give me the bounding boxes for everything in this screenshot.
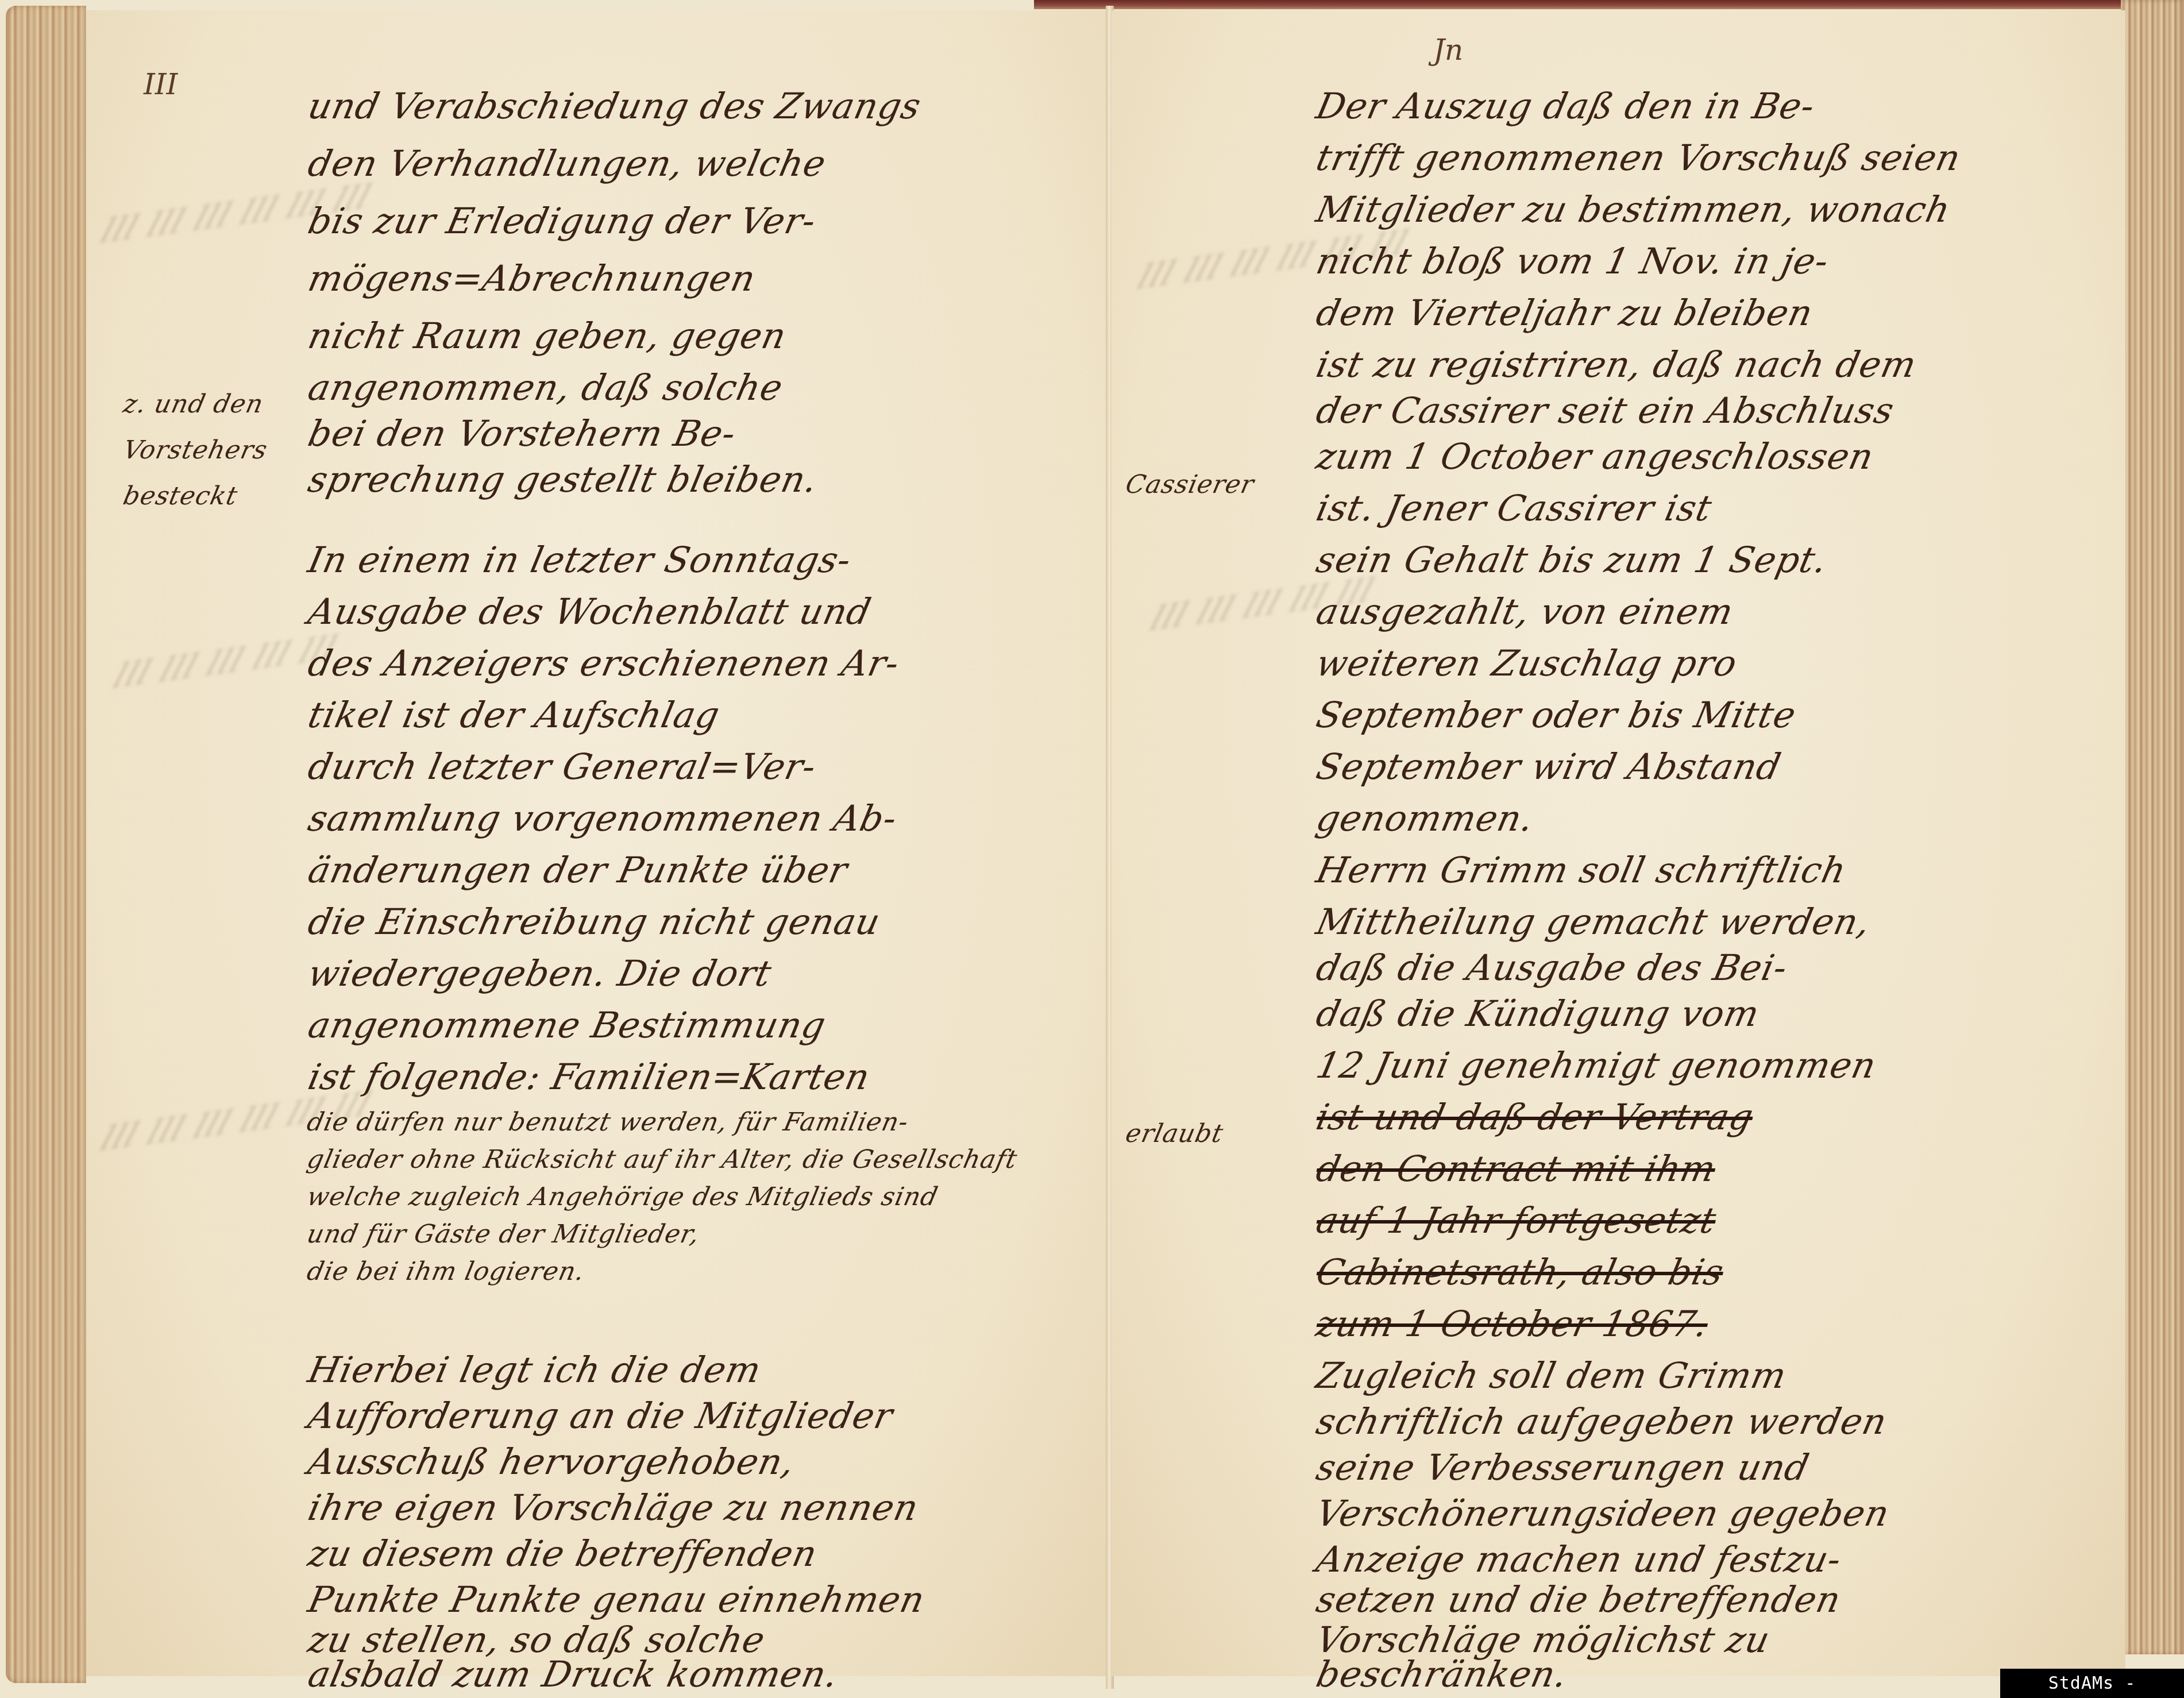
folio-mark: III [144,68,178,101]
text-line: daß die Ausgabe des Bei- [1313,947,1791,989]
margin-note-erlaubt: erlaubt [1123,1119,1226,1148]
text-line: Zugleich soll dem Grimm [1313,1354,1791,1396]
struck-text-line: Cabinetsrath, also bis [1313,1251,1728,1293]
text-line: und Verabschiedung des Zwangs [304,85,925,127]
struck-text-line: ist und daß der Vertrag [1313,1096,1757,1138]
text-line: September oder bis Mitte [1313,694,1800,736]
text-line: zum 1 October angeschlossen [1313,435,1877,477]
text-line: zu diesem die betreffenden [304,1533,821,1574]
text-line: Mittheilung gemacht werden, [1313,901,1874,943]
text-line: bei den Vorstehern Be- [304,412,740,454]
text-line: In einem in letzter Sonntags- [304,539,855,581]
text-line: die bei ihm logieren. [304,1257,588,1286]
text-line: Anzeige machen und festzu- [1313,1538,1845,1580]
text-line: angenommene Bestimmung [304,1004,830,1046]
struck-text-line: den Contract mit ihm [1313,1148,1720,1190]
text-line: daß die Kündigung vom [1313,993,1764,1035]
margin-note-line: besteckt [121,481,240,511]
struck-text-line: zum 1 October 1867. [1313,1303,1712,1345]
text-line: bis zur Erledigung der Ver- [304,200,820,242]
text-line: Hierbei legt ich die dem [304,1349,765,1391]
text-line: Aufforderung an die Mitglieder [304,1395,897,1437]
text-line: ausgezahlt, von einem [1313,591,1737,632]
text-line: ist folgende: Familien=Karten [304,1056,874,1098]
text-line: sammlung vorgenommenen Ab- [304,797,901,839]
text-line: seine Verbesserungen und [1313,1446,1813,1488]
text-line: dem Vierteljahr zu bleiben [1313,292,1817,334]
margin-note-cassierer: Cassierer [1123,470,1257,499]
archive-label: StdAMs - MV_002a_070 [2000,1669,2184,1698]
text-line: schriftlich aufgegeben werden [1313,1400,1891,1442]
text-line: sprechung gestellt bleiben. [304,458,821,500]
text-line: die dürfen nur benutzt werden, für Famil… [304,1107,911,1137]
text-line: Verschönerungsideen gegeben [1313,1492,1893,1534]
text-line: ist zu registriren, daß nach dem [1313,344,1920,385]
text-line: Ausgabe des Wochenblatt und [304,591,875,632]
text-line: alsbald zum Druck kommen. [304,1653,842,1695]
text-line: trifft genommenen Vorschuß seien [1313,137,1965,179]
text-line: wiedergegeben. Die dort [304,952,775,994]
text-line: beschränken. [1313,1653,1572,1695]
text-line: ihre eigen Vorschläge zu nennen [304,1487,923,1529]
text-line: den Verhandlungen, welche [304,142,830,184]
text-line: Punkte Punkte genau einnehmen [304,1579,929,1620]
margin-note-line: Vorstehers [121,435,270,465]
text-line: Herrn Grimm soll schriftlich [1313,849,1850,891]
text-line: tikel ist der Aufschlag [304,694,724,736]
text-line: der Cassirer seit ein Abschluss [1313,389,1898,431]
text-line: des Anzeigers erschienenen Ar- [304,642,903,684]
top-binding-edge [1034,0,2125,9]
text-line: ist. Jener Cassirer ist [1313,487,1716,529]
text-line: genommen. [1313,797,1538,839]
text-line: mögens=Abrechnungen [304,257,759,299]
text-line: Der Auszug daß den in Be- [1313,85,1819,127]
text-line: nicht bloß vom 1 Nov. in je- [1313,240,1833,282]
right-page: lll lll lll lll lll lll lll lll lll lll … [1112,10,2125,1676]
left-page-edges [6,6,86,1683]
text-line: angenommen, daß solche [304,366,787,408]
text-line: sein Gehalt bis zum 1 Sept. [1313,539,1831,581]
text-line: änderungen der Punkte über [304,849,851,891]
text-line: die Einschreibung nicht genau [304,901,884,943]
ink-bleed-through: lll lll lll lll lll [109,628,342,697]
text-line: Mitglieder zu bestimmen, wonach [1313,188,1954,230]
text-line: nicht Raum geben, gegen [304,315,790,357]
text-line: weiteren Zuschlag pro [1313,642,1741,684]
book-spread: lll lll lll lll lll lll lll lll lll lll … [0,0,2184,1698]
text-line: 12 Juni genehmigt genommen [1313,1044,1880,1086]
text-line: setzen und die betreffenden [1313,1579,1845,1620]
margin-note-line: z. und den [121,389,266,419]
text-line: durch letzter General=Ver- [304,746,820,788]
right-page-edges [2121,0,2184,1654]
left-page: lll lll lll lll lll lll lll lll lll lll … [86,10,1109,1676]
top-mark: Jn [1433,33,1463,67]
text-line: glieder ohne Rücksicht auf ihr Alter, di… [304,1145,1020,1174]
text-line: Ausschuß hervorgehoben, [304,1441,798,1483]
struck-text-line: auf 1 Jahr fortgesetzt [1313,1199,1720,1241]
text-line: und für Gäste der Mitglieder, [304,1220,703,1249]
text-line: welche zugleich Angehörige des Mitglieds… [304,1182,941,1211]
text-line: September wird Abstand [1313,746,1785,788]
